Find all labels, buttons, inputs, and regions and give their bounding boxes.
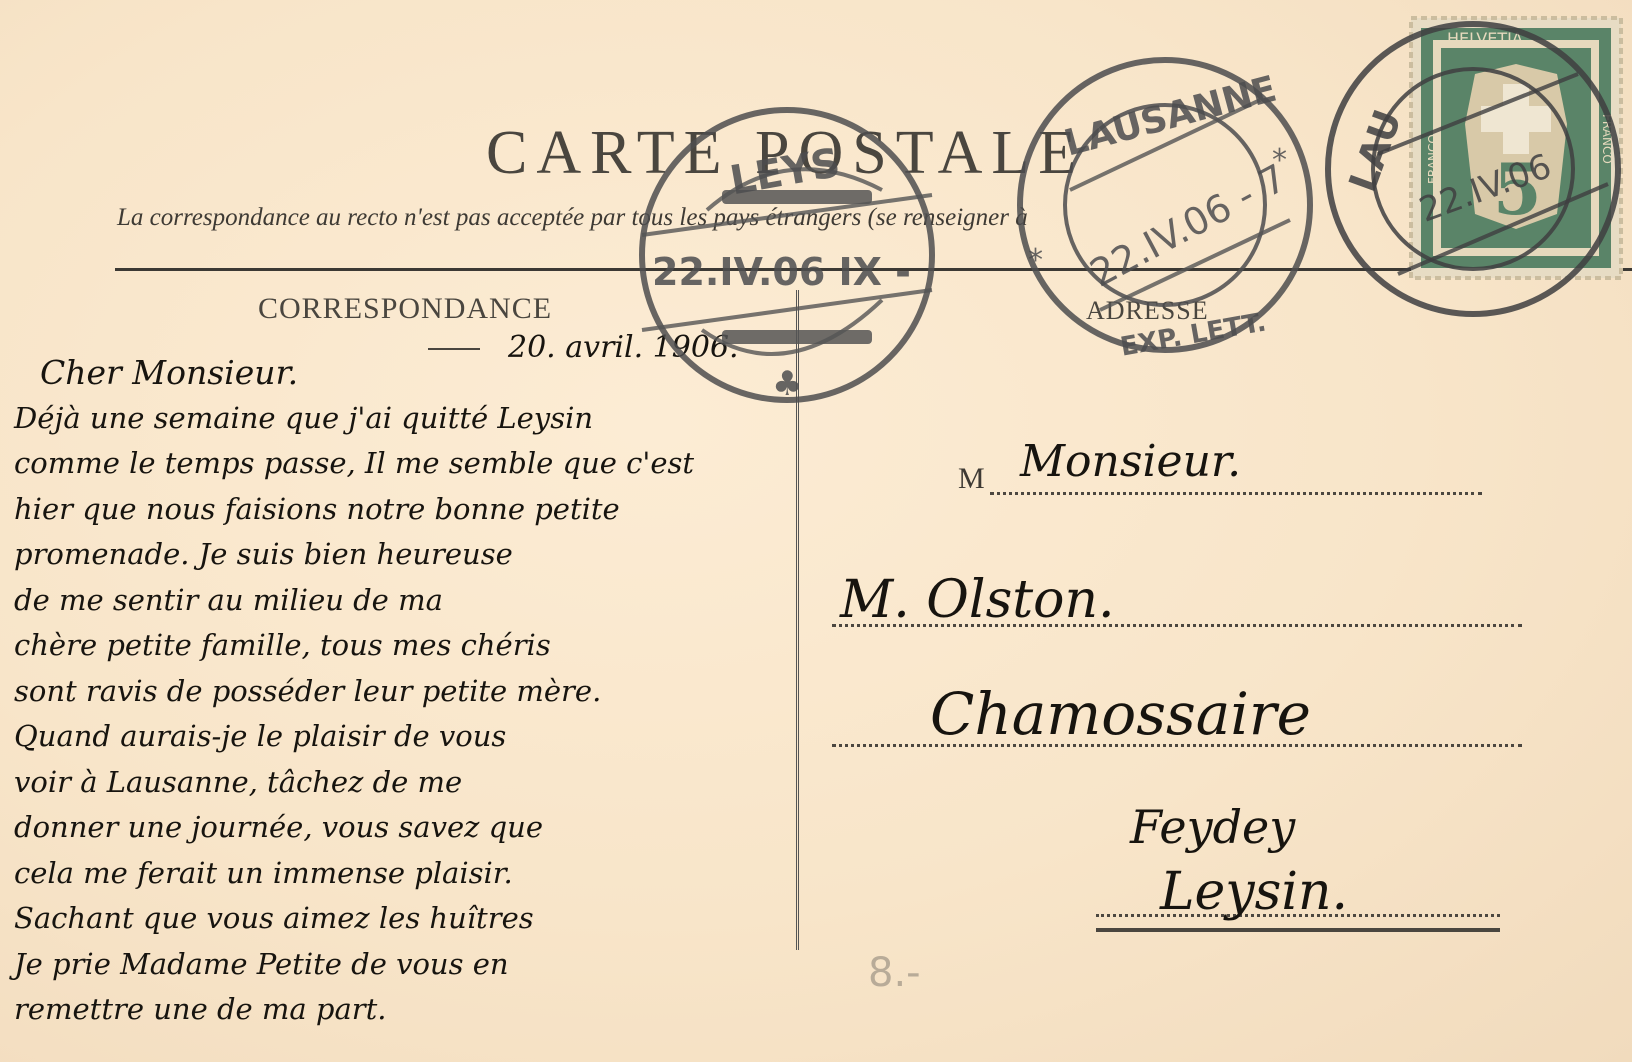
address-line-4: Feydey — [1130, 800, 1295, 854]
letter-line: remettre une de ma part. — [14, 987, 694, 1033]
letter-salutation: Cher Monsieur. — [14, 350, 694, 396]
svg-text:*: * — [1028, 243, 1043, 278]
letter-line: Je prie Madame Petite de vous en — [14, 942, 694, 988]
letter-line: voir à Lausanne, tâchez de me — [14, 760, 694, 806]
letter-line: Sachant que vous aimez les huîtres — [14, 896, 694, 942]
svg-text:EXP. LETT.: EXP. LETT. — [1118, 307, 1268, 360]
correspondence-label: CORRESPONDANCE — [258, 292, 552, 326]
letter-line: donner une journée, vous savez que — [14, 805, 694, 851]
address-line-2: M. Olston. — [840, 570, 1114, 630]
address-dotted-line-1 — [990, 492, 1482, 495]
letter-line: comme le temps passe, Il me semble que c… — [14, 441, 694, 487]
letter-line: chère petite famille, tous mes chéris — [14, 623, 694, 669]
address-line-3: Chamossaire — [930, 680, 1311, 748]
letter-line: Quand aurais-je le plaisir de vous — [14, 714, 694, 760]
svg-text:22.IV.06 IX -: 22.IV.06 IX - — [652, 250, 911, 294]
letter-line: sont ravis de posséder leur petite mère. — [14, 669, 694, 715]
svg-text:♣: ♣ — [772, 364, 802, 404]
address-underline — [1096, 928, 1500, 932]
pencil-price-note: 8.- — [868, 950, 921, 996]
postmark-lausanne-exp-icon: LAUSANNE 22.IV.06 - 7 EXP. LETT. * * — [1010, 50, 1320, 360]
svg-text:*: * — [1272, 143, 1287, 178]
postmark-lausanne-exp: LAUSANNE 22.IV.06 - 7 EXP. LETT. * * — [1010, 50, 1320, 360]
letter-line: promenade. Je suis bien heureuse — [14, 532, 694, 578]
postmark-lausanne-stamp: LAU 22.IV.06 — [1318, 14, 1628, 324]
address-line-1: Monsieur. — [1020, 436, 1241, 487]
letter-line: hier que nous faisions notre bonne petit… — [14, 487, 694, 533]
letter-body: Cher Monsieur. Déjà une semaine que j'ai… — [14, 350, 694, 1033]
letter-line: cela me ferait un immense plaisir. — [14, 851, 694, 897]
address-line-5: Leysin. — [1160, 862, 1348, 922]
svg-text:LAU: LAU — [1340, 104, 1410, 197]
postmark-lausanne-stamp-icon: LAU 22.IV.06 — [1318, 14, 1628, 324]
letter-line: de me sentir au milieu de ma — [14, 578, 694, 624]
letter-line: Déjà une semaine que j'ai quitté Leysin — [14, 396, 694, 442]
address-prefix: M — [958, 462, 985, 496]
postmark-leysin: LEYS 22.IV.06 IX - ♣ — [632, 100, 942, 410]
postcard-back: CARTE POSTALE La correspondance au recto… — [0, 0, 1632, 1062]
svg-text:22.IV.06: 22.IV.06 — [1414, 146, 1556, 230]
postmark-leysin-icon: LEYS 22.IV.06 IX - ♣ — [632, 100, 942, 410]
